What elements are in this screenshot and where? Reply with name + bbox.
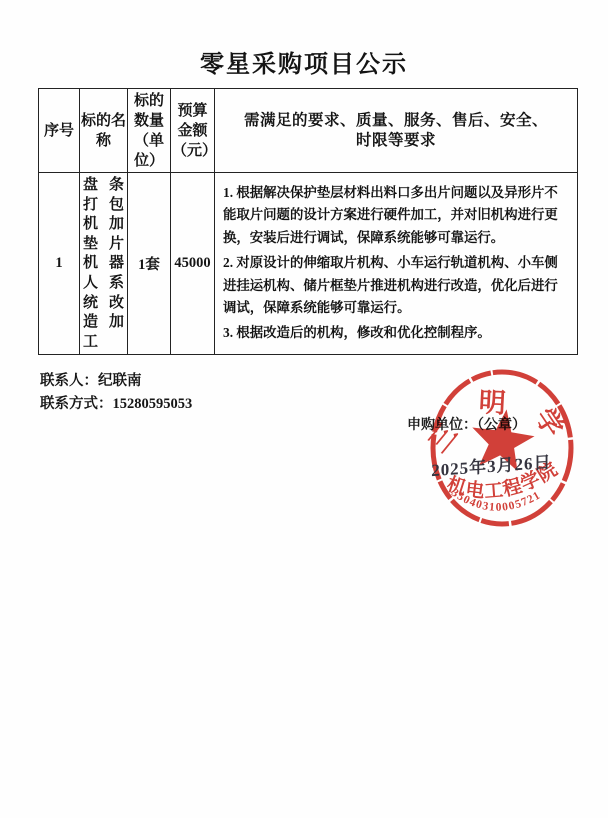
requirement-item-2: 2. 对原设计的伸缩取片机构、小车运行轨道机构、小车侧进挂运机构、储片框垫片推进… <box>223 252 569 319</box>
row-quantity: 1套 <box>128 173 171 355</box>
row-budget: 45000 <box>171 173 215 355</box>
requirement-item-1: 1. 根据解决保护垫层材料出料口多出片问题以及异形片不能取片问题的设计方案进行硬… <box>223 182 569 249</box>
col-header-index: 序号 <box>39 89 80 173</box>
page-title: 零星采购项目公示 <box>0 44 608 79</box>
col-header-quantity: 标的数量（单位） <box>128 89 171 173</box>
contact-person-name: 纪联南 <box>98 373 142 389</box>
contact-phone-line: 联系方式：15280595053 <box>40 393 192 416</box>
document-page: 零星采购项目公示 序号 标的名称 标的数量（单位） 预算金额（元） 需满足的要求… <box>0 0 608 818</box>
row-target-name: 盘条打包机加垫片机器人系统改造加工 <box>80 173 128 355</box>
contact-block: 联系人：纪联南 联系方式：15280595053 <box>40 370 192 416</box>
table-row: 1 盘条打包机加垫片机器人系统改造加工 1套 45000 1. 根据解决保护垫层… <box>39 173 578 355</box>
contact-person-label: 联系人： <box>40 373 98 389</box>
contact-phone-number: 15280595053 <box>113 396 193 412</box>
requirement-item-3: 3. 根据改造后的机构，修改和优化控制程序。 <box>223 322 569 344</box>
contact-phone-label: 联系方式： <box>40 396 113 412</box>
row-requirements: 1. 根据解决保护垫层材料出料口多出片问题以及异形片不能取片问题的设计方案进行硬… <box>215 173 578 355</box>
row-index: 1 <box>39 173 80 355</box>
table-header-row: 序号 标的名称 标的数量（单位） 预算金额（元） 需满足的要求、质量、服务、售后… <box>39 89 578 173</box>
col-header-name: 标的名称 <box>80 89 128 173</box>
col-header-budget: 预算金额（元） <box>171 89 215 173</box>
col-header-requirements: 需满足的要求、质量、服务、售后、安全、时限等要求 <box>215 89 578 173</box>
contact-person-line: 联系人：纪联南 <box>40 370 192 393</box>
procurement-table: 序号 标的名称 标的数量（单位） 预算金额（元） 需满足的要求、质量、服务、售后… <box>38 88 578 355</box>
target-name-text: 盘条打包机加垫片机器人系统改造加工 <box>83 176 124 352</box>
